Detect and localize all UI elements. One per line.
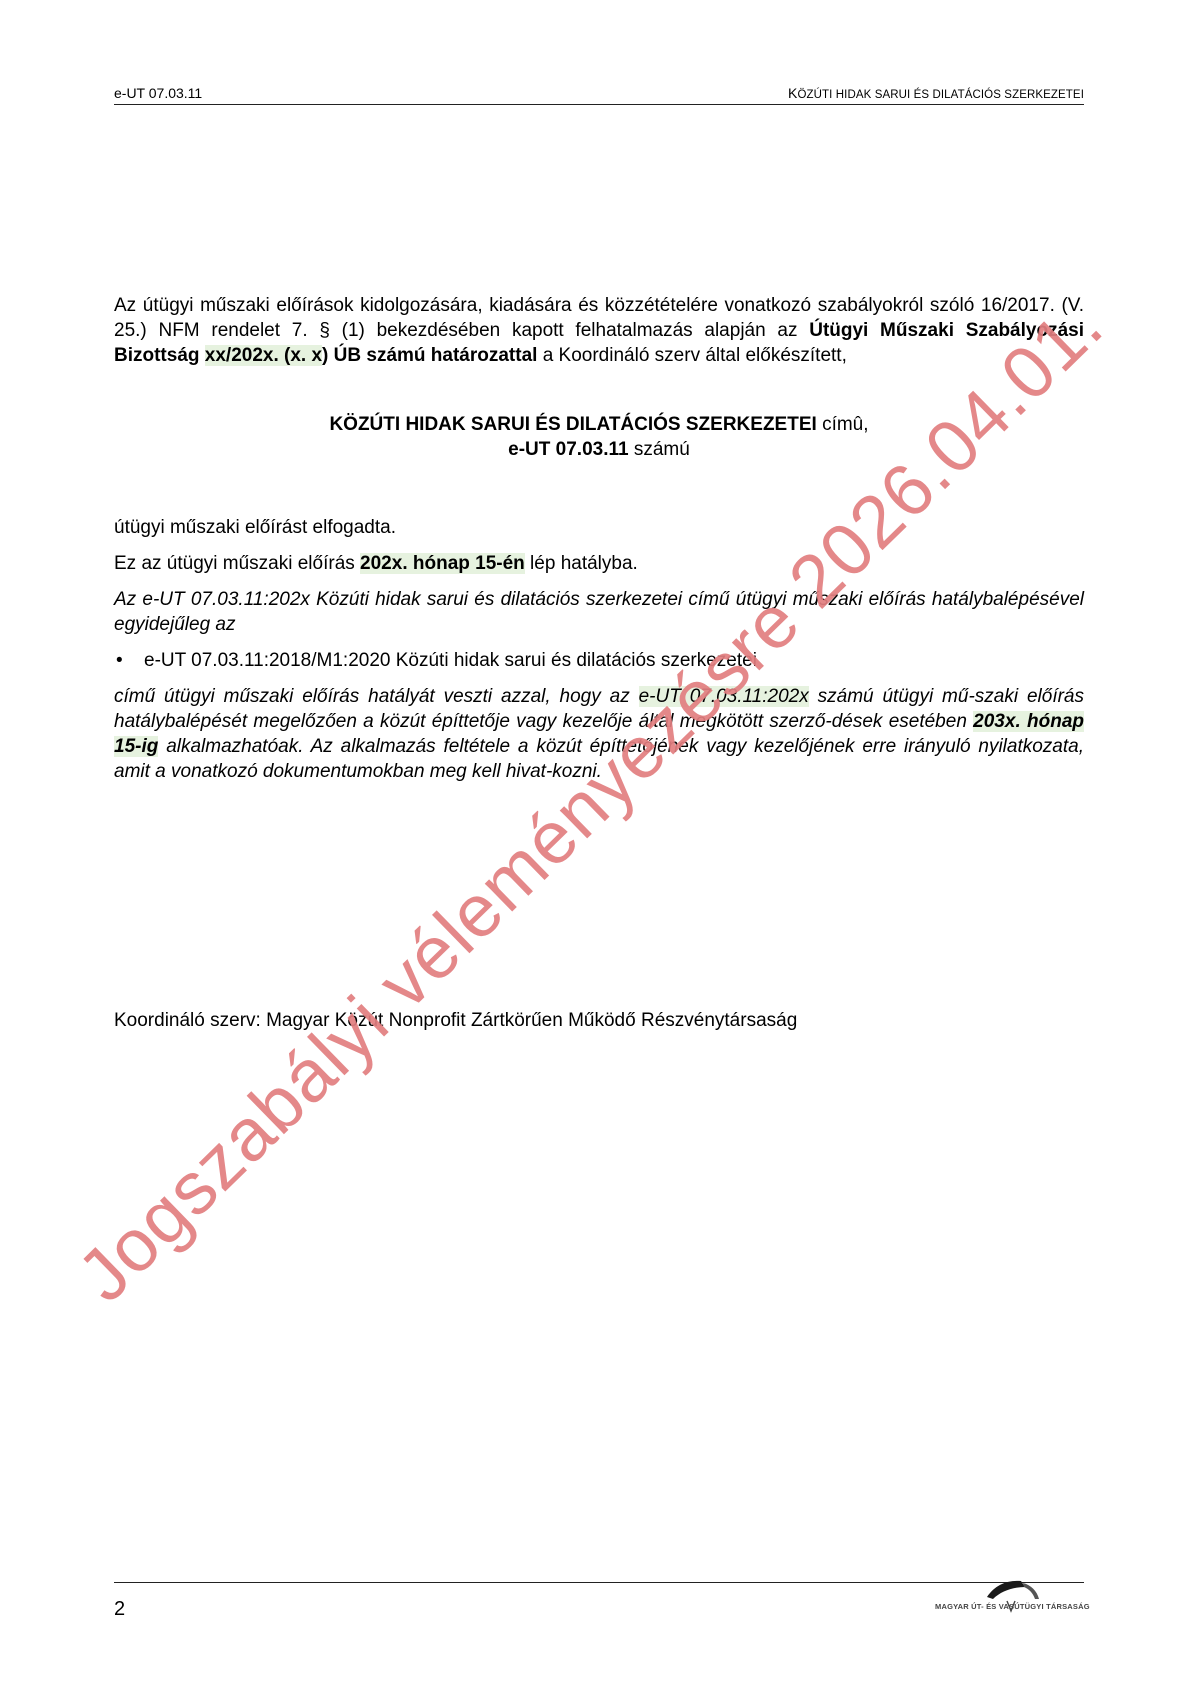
list-item: • e-UT 07.03.11:2018/M1:2020 Közúti hida… [114,648,1084,673]
intro-paragraph: Az útügyi műszaki előírások kidolgozásár… [114,293,1084,368]
page-header: e-UT 07.03.11 KÖZÚTI HIDAK SARUI ÉS DILA… [114,82,1084,105]
replacement-paragraph: Az e-UT 07.03.11:202x Közúti hidak sarui… [114,587,1084,637]
society-logo: MAGYAR ÚT- ÉS VASÚTÜGYI TÁRSASÁG [935,1577,1087,1617]
page-number: 2 [114,1598,125,1621]
document-body: Az útügyi műszaki előírások kidolgozásár… [114,293,1084,784]
running-title: KÖZÚTI HIDAK SARUI ÉS DILATÁCIÓS SZERKEZ… [788,85,1084,101]
coordinator-line: Koordináló szerv: Magyar Közút Nonprofit… [114,1010,797,1032]
effective-date-paragraph: Ez az útügyi műszaki előírás 202x. hónap… [114,551,1084,576]
doc-code: e-UT 07.03.11 [114,85,202,101]
regulation-code: e-UT 07.03.11 [508,439,628,460]
regulation-title: KÖZÚTI HIDAK SARUI ÉS DILATÁCIÓS SZERKEZ… [329,414,816,435]
effective-date-highlight: 202x. hónap 15-én [360,553,525,574]
road-logo-icon [935,1577,1087,1617]
resolution-number-highlight: xx/202x. (x. x [205,345,322,366]
logo-text: MAGYAR ÚT- ÉS VASÚTÜGYI TÁRSASÁG [935,1602,1087,1611]
bullet-icon: • [114,648,144,673]
